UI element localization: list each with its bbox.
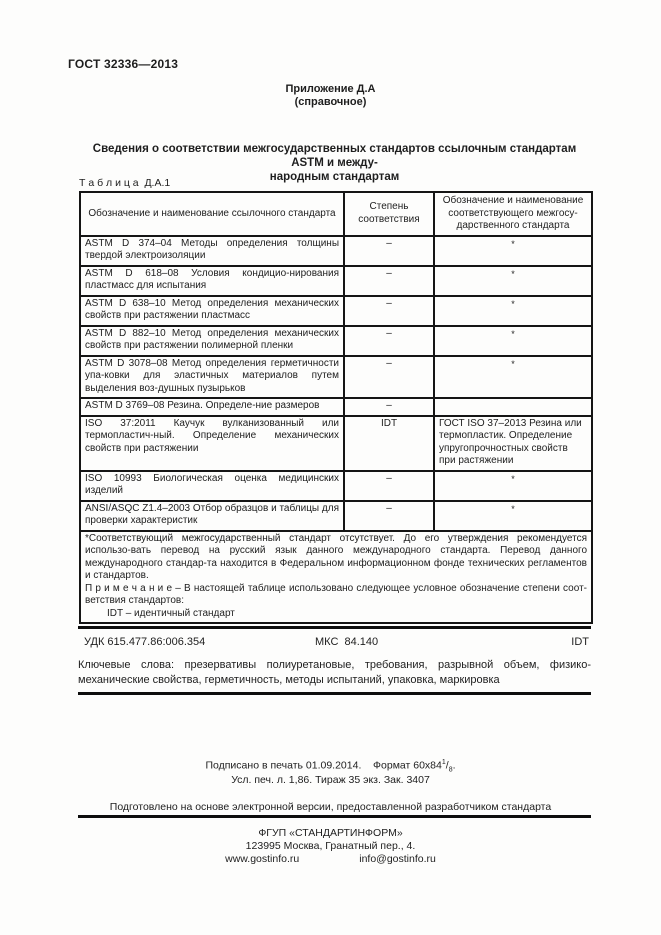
mks-code: МКС 84.140 bbox=[315, 636, 378, 648]
degree-cell: IDT bbox=[344, 416, 434, 471]
matching-standard-cell: * bbox=[434, 501, 592, 531]
degree-cell: – bbox=[344, 501, 434, 531]
col-header-matching-standard: Обозначение и наименование соответствующ… bbox=[434, 192, 592, 236]
matching-standard-cell: * bbox=[434, 471, 592, 501]
reference-standard-cell: ASTM D 3769–08 Резина. Определе-ние разм… bbox=[80, 398, 344, 416]
degree-cell: – bbox=[344, 266, 434, 296]
matching-standard-cell: * bbox=[434, 296, 592, 326]
table-row: ISO 37:2011 Каучук вулканизованный или т… bbox=[80, 416, 592, 471]
degree-cell: – bbox=[344, 236, 434, 266]
table-row: ASTM D 882–10 Метод определения механиче… bbox=[80, 326, 592, 356]
appendix-subtitle: (справочное) bbox=[0, 96, 661, 109]
footnote-asterisk-text: *Соответствующий межгосударственный стан… bbox=[85, 533, 587, 583]
col-header-degree: Степень соответствия bbox=[344, 192, 434, 236]
table-row: ASTM D 3769–08 Резина. Определе-ние разм… bbox=[80, 398, 592, 416]
appendix-title: Приложение Д.А bbox=[0, 83, 661, 96]
footnote-note-text: П р и м е ч а н и е – В настоящей таблиц… bbox=[85, 583, 587, 608]
table-row: ASTM D 638–10 Метод определения механиче… bbox=[80, 296, 592, 326]
imprint-line-circulation: Усл. печ. л. 1,86. Тираж 35 экз. Зак. 34… bbox=[0, 774, 661, 786]
publisher-website: www.gostinfo.ru bbox=[225, 853, 299, 865]
degree-cell: – bbox=[344, 356, 434, 399]
table-row: ANSI/ASQC Z1.4–2003 Отбор образцов и таб… bbox=[80, 501, 592, 531]
horizontal-rule bbox=[78, 692, 591, 695]
footnote-idt-definition: IDT – идентичный стандарт bbox=[85, 608, 587, 621]
reference-standard-cell: ANSI/ASQC Z1.4–2003 Отбор образцов и таб… bbox=[80, 501, 344, 531]
reference-standard-cell: ASTM D 374–04 Методы определения толщины… bbox=[80, 236, 344, 266]
degree-cell: – bbox=[344, 471, 434, 501]
section-title-line1: Сведения о соответствии межгосударственн… bbox=[78, 142, 591, 170]
reference-standard-cell: ASTM D 882–10 Метод определения механиче… bbox=[80, 326, 344, 356]
table-row: ASTM D 618–08 Условия кондицио-нирования… bbox=[80, 266, 592, 296]
udk-code: УДК 615.477.86:006.354 bbox=[84, 636, 205, 648]
table-header-row: Обозначение и наименование ссылочного ст… bbox=[80, 192, 592, 236]
col-header-reference-standard: Обозначение и наименование ссылочного ст… bbox=[80, 192, 344, 236]
publisher-address: 123995 Москва, Гранатный пер., 4. bbox=[0, 840, 661, 852]
horizontal-rule bbox=[78, 626, 591, 629]
matching-standard-cell: * bbox=[434, 266, 592, 296]
keywords-paragraph: Ключевые слова: презервативы полиуретано… bbox=[78, 658, 591, 687]
imprint-line-end: . bbox=[453, 760, 456, 772]
degree-cell: – bbox=[344, 398, 434, 416]
matching-standard-cell: * bbox=[434, 326, 592, 356]
doc-code: ГОСТ 32336—2013 bbox=[68, 57, 178, 71]
reference-standard-cell: ASTM D 3078–08 Метод определения гермети… bbox=[80, 356, 344, 399]
imprint-print-date: Подписано в печать 01.09.2014. Формат 60… bbox=[205, 760, 441, 772]
imprint-line-print-format: Подписано в печать 01.09.2014. Формат 60… bbox=[0, 759, 661, 774]
table-row: ASTM D 3078–08 Метод определения гермети… bbox=[80, 356, 592, 399]
appendix-heading: Приложение Д.А (справочное) bbox=[0, 83, 661, 109]
table-row: ASTM D 374–04 Методы определения толщины… bbox=[80, 236, 592, 266]
document-page: ГОСТ 32336—2013 Приложение Д.А (справочн… bbox=[0, 0, 661, 935]
publisher-email: info@gostinfo.ru bbox=[359, 853, 436, 865]
table-footnote-cell: *Соответствующий межгосударственный стан… bbox=[80, 531, 592, 624]
matching-standard-cell: ГОСТ ISO 37–2013 Резина или термопластик… bbox=[434, 416, 592, 471]
matching-standard-cell: * bbox=[434, 236, 592, 266]
matching-standard-cell bbox=[434, 398, 592, 416]
table-caption: Т а б л и ц а Д.А.1 bbox=[79, 177, 170, 189]
reference-standard-cell: ISO 37:2011 Каучук вулканизованный или т… bbox=[80, 416, 344, 471]
matching-standard-cell: * bbox=[434, 356, 592, 399]
reference-standard-cell: ASTM D 618–08 Условия кондицио-нирования… bbox=[80, 266, 344, 296]
table-row: ISO 10993 Биологическая оценка медицинск… bbox=[80, 471, 592, 501]
reference-standard-cell: ASTM D 638–10 Метод определения механиче… bbox=[80, 296, 344, 326]
correspondence-table: Обозначение и наименование ссылочного ст… bbox=[79, 191, 593, 624]
degree-cell: – bbox=[344, 296, 434, 326]
table-footnote-row: *Соответствующий межгосударственный стан… bbox=[80, 531, 592, 624]
degree-cell: – bbox=[344, 326, 434, 356]
publisher-contacts: www.gostinfo.ruinfo@gostinfo.ru bbox=[0, 853, 661, 865]
horizontal-rule bbox=[78, 815, 591, 818]
prepared-note: Подготовлено на основе электронной верси… bbox=[0, 801, 661, 813]
idt-label: IDT bbox=[571, 636, 589, 648]
reference-standard-cell: ISO 10993 Биологическая оценка медицинск… bbox=[80, 471, 344, 501]
publisher-name: ФГУП «СТАНДАРТИНФОРМ» bbox=[0, 827, 661, 840]
